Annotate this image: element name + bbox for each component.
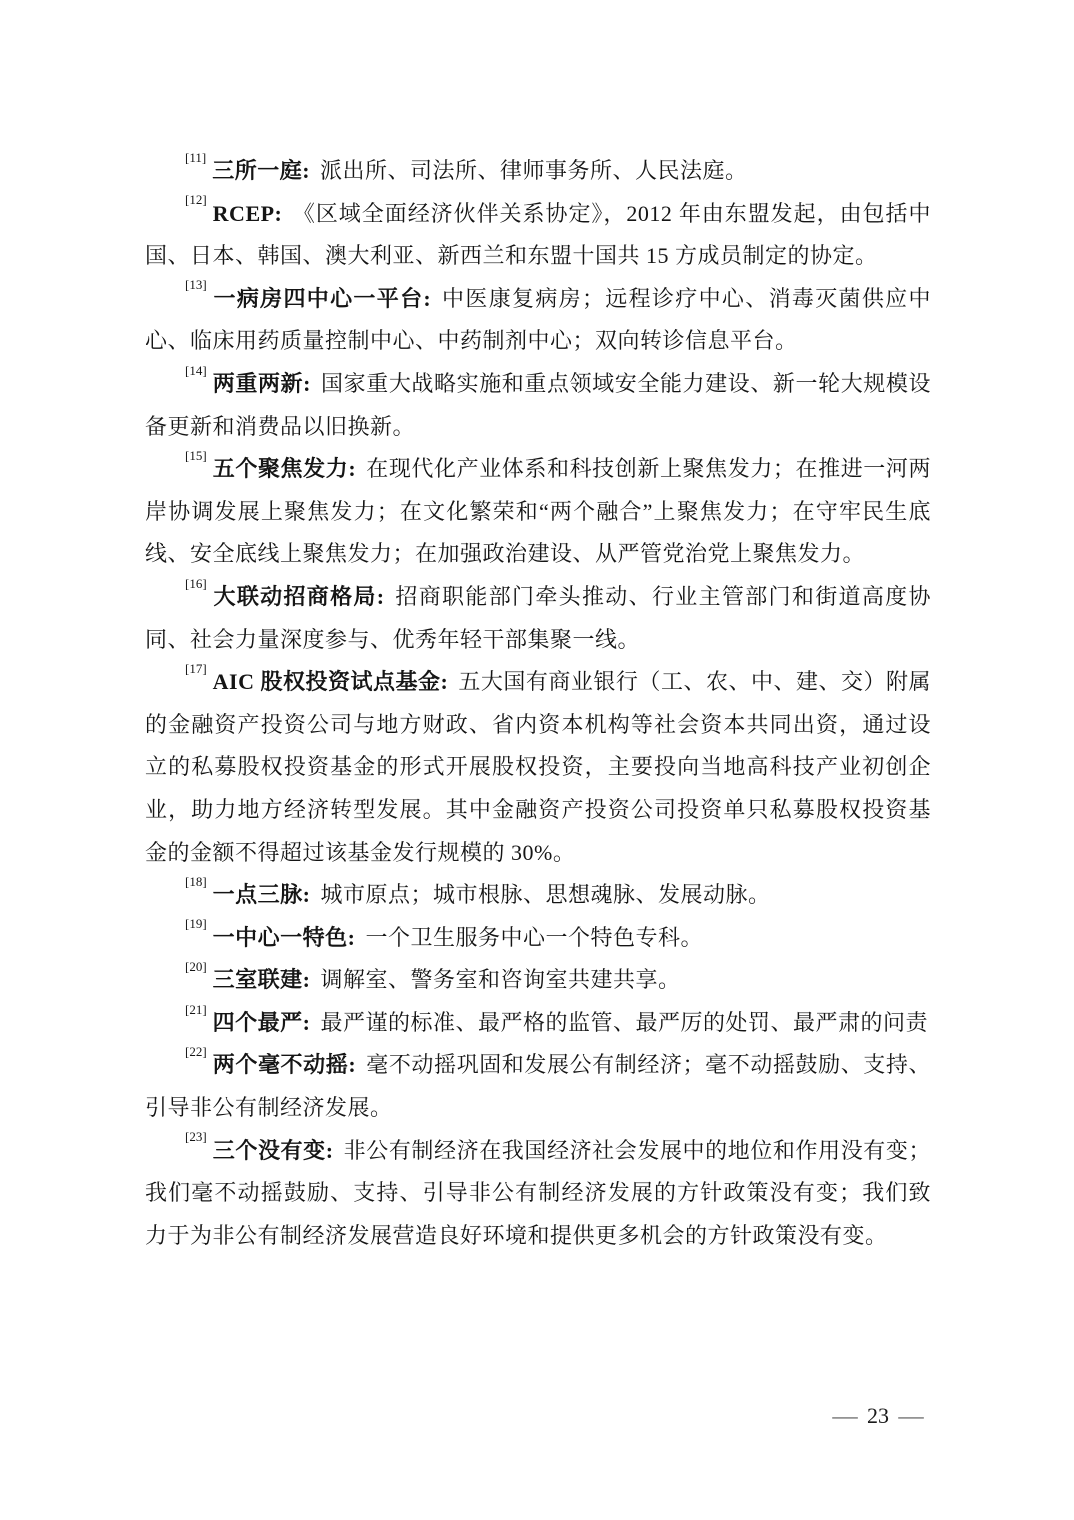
footnote-term: 两重两新: [213,371,311,396]
footnote-marker: [14] [185,363,207,378]
footnote-marker: [15] [185,448,207,463]
footnote-term: 三室联建: [213,967,311,992]
footnote-marker: [17] [185,661,207,676]
footnote-marker: [21] [185,1002,207,1017]
document-page: [11]三所一庭:派出所、司法所、律师事务所、人民法庭。 [12]RCEP:《区… [0,0,1074,1520]
footnote-term: 一中心一特色: [213,925,356,950]
footnote-item: [13]一病房四中心一平台:中医康复病房；远程诊疗中心、消毒灭菌供应中心、临床用… [145,278,931,363]
footnote-marker: [22] [185,1044,207,1059]
footnote-item: [22]两个毫不动摇:毫不动摇巩固和发展公有制经济；毫不动摇鼓励、支持、引导非公… [145,1044,931,1129]
footnote-item: [11]三所一庭:派出所、司法所、律师事务所、人民法庭。 [145,150,931,193]
footnote-item: [15]五个聚焦发力:在现代化产业体系和科技创新上聚焦发力；在推进一河两岸协调发… [145,448,931,576]
footnote-item: [23]三个没有变:非公有制经济在我国经济社会发展中的地位和作用没有变；我们毫不… [145,1130,931,1258]
footer-dash-left: — [832,1403,857,1429]
footnote-term: AIC 股权投资试点基金: [213,669,449,694]
footnote-item: [14]两重两新:国家重大战略实施和重点领域安全能力建设、新一轮大规模设备更新和… [145,363,931,448]
footnote-item: [21]四个最严:最严谨的标准、最严格的监管、最严厉的处罚、最严肃的问责 [145,1002,931,1045]
footnote-marker: [23] [185,1129,207,1144]
footnotes-section: [11]三所一庭:派出所、司法所、律师事务所、人民法庭。 [12]RCEP:《区… [145,150,931,1257]
footnote-text: 五大国有商业银行（工、农、中、建、交）附属的金融资产投资公司与地方财政、省内资本… [145,669,931,864]
footnote-item: [17]AIC 股权投资试点基金:五大国有商业银行（工、农、中、建、交）附属的金… [145,661,931,874]
footnote-term: 三所一庭: [212,158,310,183]
footnote-term: 三个没有变: [213,1138,334,1163]
footnote-marker: [12] [185,192,207,207]
footnote-term: 五个聚焦发力: [213,456,356,481]
footnote-item: [18]一点三脉:城市原点；城市根脉、思想魂脉、发展动脉。 [145,874,931,917]
footnote-marker: [11] [185,150,206,165]
footnote-marker: [18] [185,874,207,889]
footnote-term: 一点三脉: [213,882,311,907]
footnote-term: RCEP: [213,201,283,226]
footnote-marker: [20] [185,959,207,974]
footnote-text: 最严谨的标准、最严格的监管、最严厉的处罚、最严肃的问责 [321,1010,929,1035]
footnote-item: [16]大联动招商格局:招商职能部门牵头推动、行业主管部门和街道高度协同、社会力… [145,576,931,661]
footer-dash-right: — [898,1403,923,1429]
footnote-marker: [16] [185,576,207,591]
footnote-term: 一病房四中心一平台: [213,286,432,311]
footnote-term: 四个最严: [213,1010,311,1035]
footnote-item: [12]RCEP:《区域全面经济伙伴关系协定》，2012 年由东盟发起，由包括中… [145,193,931,278]
footnote-item: [20]三室联建:调解室、警务室和咨询室共建共享。 [145,959,931,1002]
footnote-text: 一个卫生服务中心一个特色专科。 [366,925,704,950]
footnote-text: 派出所、司法所、律师事务所、人民法庭。 [320,158,748,183]
footnote-marker: [19] [185,916,207,931]
footnote-term: 大联动招商格局: [213,584,385,609]
page-footer: — 23 — [834,1403,922,1429]
footnote-marker: [13] [185,277,207,292]
page-number: 23 [867,1403,889,1429]
footnote-item: [19]一中心一特色:一个卫生服务中心一个特色专科。 [145,917,931,960]
footnote-term: 两个毫不动摇: [213,1052,356,1077]
footnote-text: 调解室、警务室和咨询室共建共享。 [321,967,681,992]
footnote-text: 城市原点；城市根脉、思想魂脉、发展动脉。 [321,882,771,907]
